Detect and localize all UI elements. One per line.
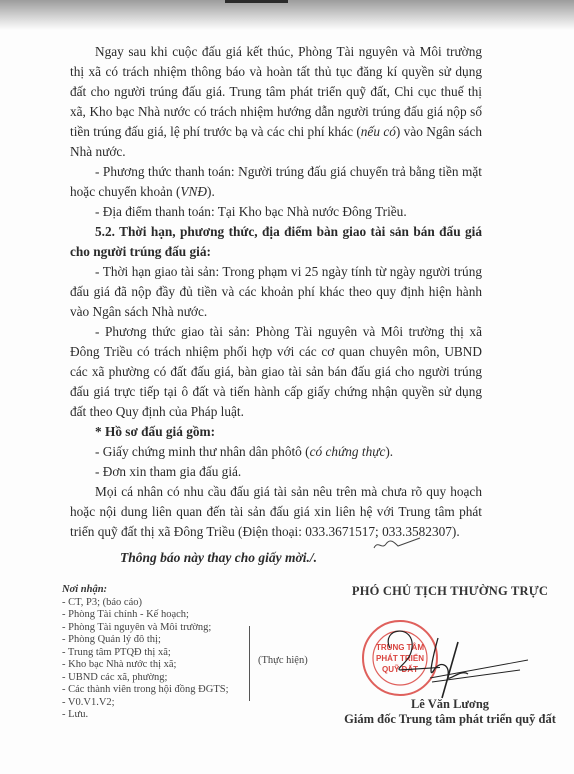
paragraph: - Đơn xin tham gia đấu giá. bbox=[70, 462, 482, 482]
italic-text: VNĐ bbox=[180, 184, 207, 199]
recipient-item: - Các thành viên trong hội đồng ĐGTS; bbox=[62, 684, 229, 697]
section-heading: 5.2. Thời hạn, phương thức, địa điểm bàn… bbox=[70, 222, 482, 262]
text-segment: ). bbox=[385, 444, 393, 459]
initials-scribble-icon bbox=[372, 536, 422, 552]
paragraph: - Giấy chứng minh thư nhân dân phôtô (có… bbox=[70, 442, 482, 462]
recipient-item: - Lưu. bbox=[62, 709, 229, 722]
signatory-title: PHÓ CHỦ TỊCH THƯỜNG TRỰC bbox=[330, 584, 570, 599]
text-segment: - Đơn xin tham gia đấu giá. bbox=[95, 464, 241, 479]
recipient-item: - Phòng Tài nguyên và Môi trường; bbox=[62, 622, 229, 635]
handwritten-signature-icon bbox=[420, 630, 530, 700]
text-segment: ). bbox=[207, 184, 215, 199]
paragraph: - Thời hạn giao tài sản: Trong phạm vi 2… bbox=[70, 262, 482, 322]
signatory: Lê Văn Lương Giám đốc Trung tâm phát tri… bbox=[330, 697, 570, 727]
text-segment: - Phương thức thanh toán: Người trúng đấ… bbox=[70, 164, 482, 199]
recipients-title: Nơi nhận: bbox=[62, 584, 229, 597]
recipients-bracket bbox=[249, 626, 250, 701]
text-segment: - Địa điểm thanh toán: Tại Kho bạc Nhà n… bbox=[95, 204, 407, 219]
recipients-list: Nơi nhận: - CT, P3; (báo cáo) - Phòng Tà… bbox=[62, 584, 229, 722]
closing-statement: Thông báo này thay cho giấy mời./. bbox=[120, 550, 317, 566]
document-body: Ngay sau khi cuộc đấu giá kết thúc, Phòn… bbox=[70, 42, 482, 542]
text-segment: - Phương thức giao tài sản: Phòng Tài ng… bbox=[70, 324, 482, 419]
recipient-item: - UBND các xã, phường; bbox=[62, 672, 229, 685]
text-segment: - Giấy chứng minh thư nhân dân phôtô ( bbox=[95, 444, 310, 459]
recipient-item: - Phòng Quản lý đô thị; bbox=[62, 634, 229, 647]
recipient-item: - Trung tâm PTQĐ thị xã; bbox=[62, 647, 229, 660]
paragraph: Ngay sau khi cuộc đấu giá kết thúc, Phòn… bbox=[70, 42, 482, 162]
svg-text:PHÁT TRIỂN: PHÁT TRIỂN bbox=[376, 654, 424, 663]
recipient-item: - Phòng Tài chính - Kế hoạch; bbox=[62, 609, 229, 622]
document-page: Ngay sau khi cuộc đấu giá kết thúc, Phòn… bbox=[0, 0, 574, 774]
paragraph: - Phương thức thanh toán: Người trúng đấ… bbox=[70, 162, 482, 202]
signatory-name: Lê Văn Lương bbox=[330, 697, 570, 712]
recipients-bracket-note: (Thực hiện) bbox=[258, 655, 308, 666]
signatory-position: Giám đốc Trung tâm phát triển quỹ đất bbox=[330, 712, 570, 727]
paragraph: - Phương thức giao tài sản: Phòng Tài ng… bbox=[70, 322, 482, 422]
svg-text:TRUNG TÂM: TRUNG TÂM bbox=[376, 643, 424, 652]
italic-text: nếu có bbox=[361, 124, 396, 139]
text-segment: Mọi cá nhân có nhu cầu đấu giá tài sản n… bbox=[70, 484, 482, 539]
text-segment: - Thời hạn giao tài sản: Trong phạm vi 2… bbox=[70, 264, 482, 319]
subsection-heading: * Hồ sơ đấu giá gồm: bbox=[70, 422, 482, 442]
italic-text: có chứng thực bbox=[310, 444, 386, 459]
paragraph: Mọi cá nhân có nhu cầu đấu giá tài sản n… bbox=[70, 482, 482, 542]
recipient-item: - V0.V1.V2; bbox=[62, 697, 229, 710]
signature-block: PHÓ CHỦ TỊCH THƯỜNG TRỰC bbox=[330, 584, 570, 599]
recipient-item: - CT, P3; (báo cáo) bbox=[62, 597, 229, 610]
recipient-item: - Kho bạc Nhà nước thị xã; bbox=[62, 659, 229, 672]
paragraph: - Địa điểm thanh toán: Tại Kho bạc Nhà n… bbox=[70, 202, 482, 222]
